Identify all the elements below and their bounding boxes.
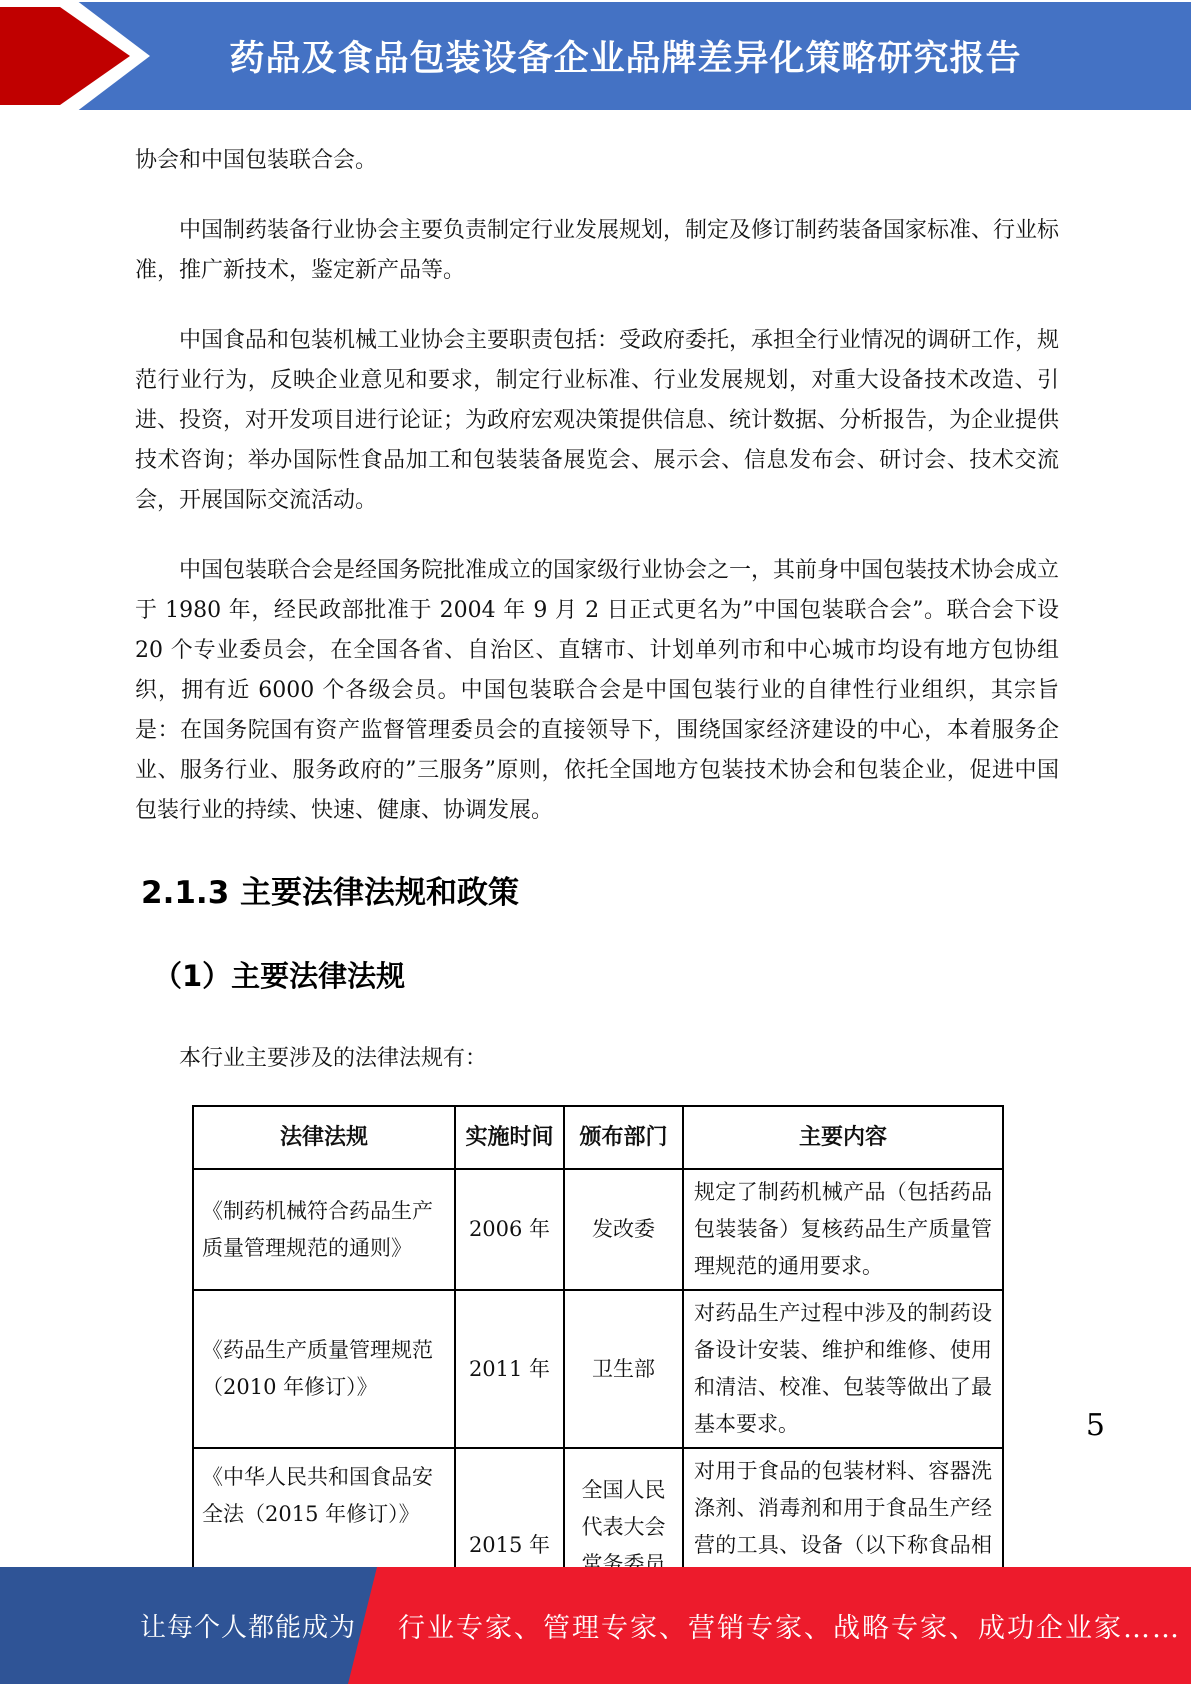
table-cell-desc: 对药品生产过程中涉及的制药设 备设计安装、维护和维修、使用 和清洁、校准、包装等… xyxy=(683,1290,1003,1448)
table-cell-date: 2006 年 xyxy=(455,1169,564,1290)
paragraph: 协会和中国包装联合会。 xyxy=(135,141,1059,181)
report-title: 药品及食品包装设备企业品牌差异化策略研究报告 xyxy=(229,31,1021,81)
laws-table-header: 法律法规实施时间颁布部门主要内容 xyxy=(193,1106,1003,1169)
table-cell-date: 2011 年 xyxy=(455,1290,564,1448)
table-column-header: 实施时间 xyxy=(455,1106,564,1169)
paragraph: 中国食品和包装机械工业协会主要职责包括：受政府委托，承担全行业情况的调研工作，规… xyxy=(135,321,1059,521)
paragraphs: 协会和中国包装联合会。中国制药装备行业协会主要负责制定行业发展规划，制定及修订制… xyxy=(135,141,1059,831)
sub-heading: （1）主要法律法规 xyxy=(153,954,1059,995)
red-arrow-icon xyxy=(0,7,140,105)
laws-table: 法律法规实施时间颁布部门主要内容 《制药机械符合药品生产 质量管理规范的通则》2… xyxy=(192,1105,1004,1644)
table-column-header: 主要内容 xyxy=(683,1106,1003,1169)
table-cell-name: 《制药机械符合药品生产 质量管理规范的通则》 xyxy=(193,1169,455,1290)
table-cell-desc: 规定了制药机械产品（包括药品 包装装备）复核药品生产质量管 理规范的通用要求。 xyxy=(683,1169,1003,1290)
paragraph: 中国包装联合会是经国务院批准成立的国家级行业协会之一，其前身中国包装技术协会成立… xyxy=(135,551,1059,831)
table-column-header: 颁布部门 xyxy=(564,1106,683,1169)
page-content: 协会和中国包装联合会。中国制药装备行业协会主要负责制定行业发展规划，制定及修订制… xyxy=(135,110,1059,1644)
table-row: 《药品生产质量管理规范（2010 年修订）》2011 年卫生部对药品生产过程中涉… xyxy=(193,1290,1003,1448)
table-header-row: 法律法规实施时间颁布部门主要内容 xyxy=(193,1106,1003,1169)
document-page: 药品及食品包装设备企业品牌差异化策略研究报告 协会和中国包装联合会。中国制药装备… xyxy=(0,0,1191,1684)
table-row: 《制药机械符合药品生产 质量管理规范的通则》2006 年发改委规定了制药机械产品… xyxy=(193,1169,1003,1290)
table-intro-text: 本行业主要涉及的法律法规有： xyxy=(135,1041,1059,1072)
table-cell-dept: 发改委 xyxy=(564,1169,683,1290)
table-column-header: 法律法规 xyxy=(193,1106,455,1169)
footer-slogan-right: 行业专家、管理专家、营销专家、战略专家、成功企业家…… xyxy=(398,1567,1181,1684)
footer-banner: 让每个人都能成为 行业专家、管理专家、营销专家、战略专家、成功企业家…… xyxy=(0,1567,1191,1684)
paragraph: 中国制药装备行业协会主要负责制定行业发展规划，制定及修订制药装备国家标准、行业标… xyxy=(135,211,1059,291)
table-cell-dept: 卫生部 xyxy=(564,1290,683,1448)
section-heading: 2.1.3 主要法律法规和政策 xyxy=(141,867,1059,912)
table-cell-name: 《药品生产质量管理规范（2010 年修订）》 xyxy=(193,1290,455,1448)
page-number: 5 xyxy=(1086,1408,1105,1443)
footer-slogan-left: 让每个人都能成为 xyxy=(140,1567,356,1684)
report-header-banner: 药品及食品包装设备企业品牌差异化策略研究报告 xyxy=(0,2,1191,110)
